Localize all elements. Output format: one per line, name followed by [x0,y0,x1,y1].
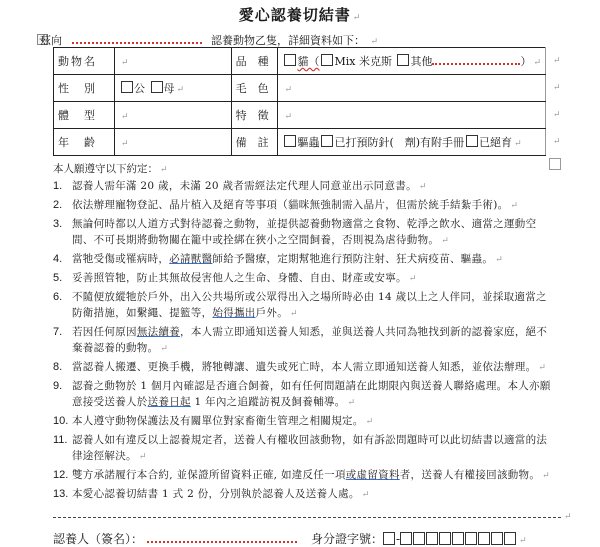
paragraph-mark: ↵ [284,85,292,95]
id-box[interactable] [426,532,438,545]
value-coat-color[interactable]: ↵ [278,75,546,102]
option-other: 其他 [410,55,432,68]
paragraph-mark: ↵ [564,512,572,522]
id-box[interactable] [413,532,425,545]
paragraph-mark: ↵ [409,274,417,284]
checkbox-cat[interactable] [284,54,296,66]
label-sex: 性 別 [54,75,115,102]
value-features[interactable]: ↵ [278,102,546,129]
id-number-label: 身分證字號： [311,532,383,546]
paragraph-mark: ↵ [495,255,503,265]
label-age: 年 齡 [54,129,115,156]
term-number: 8. [53,359,72,376]
option-mix: Mix 米克斯 [334,55,391,68]
paragraph-mark: ↵ [441,236,449,246]
label-text: 毛 色 [236,82,269,95]
term-text: 當認養人搬遷、更換手機，將牠轉讓、遺失或死亡時，本人需立即通知送養人知悉，並依法… [72,359,553,376]
id-box[interactable] [452,532,464,545]
signature-label: 認養人（簽名）： [53,532,143,546]
sender-name-blank[interactable] [72,32,202,44]
checkbox-dewormed[interactable] [284,135,296,147]
grammar-underline: 無法續養 [137,326,180,338]
term-number: 4. [53,251,72,268]
term-number: 5. [53,270,72,287]
document-title: 愛心認養切結書↵ [0,4,600,25]
term-body: 當認養人搬遷、更換手機，將牠轉讓、遺失或死亡時，本人需立即通知送養人知悉，並依法… [72,361,536,373]
term-body: 依法辦理寵物登記、晶片植入及絕育等事項（貓咪無強制需入晶片，但需於統手結紮手術)… [72,199,508,211]
list-item: 10.本人遵守動物保護法及有關單位對家畜衛生管理之相關規定。↵ [53,413,553,430]
list-item: 5.妥善照管牠，防止其無故侵害他人之生命、身體、自由、財產或安寧。↵ [53,270,553,287]
value-breed: 貓（Mix 米克斯 其他）↵ [278,48,546,75]
cut-line-divider [53,517,561,518]
list-item: 13.本愛心認養切結書 1 式 2 份，分別執於認養人及送養人處。↵ [53,486,553,503]
grammar-underline: 必請獸醫 [169,253,212,265]
label-features: 特 徵 [231,102,278,129]
intro-suffix: 認養動物乙隻，詳細資料如下： [211,34,365,47]
id-box[interactable] [465,532,477,545]
list-item: 6.不隨便放縱牠於戶外，出入公共場所或公眾得出入之場所時必由 14 歲以上之人伴… [53,289,553,322]
grammar-underline: 始得攜出 [212,307,255,319]
label-text: 特 徵 [236,109,269,122]
signature-blank[interactable] [147,530,297,543]
option-neutered: 已絕育 [479,136,512,149]
paragraph-mark: ↵ [177,85,185,95]
label-size: 體 型 [54,102,115,129]
paragraph-mark: ↵ [139,452,147,462]
checkbox-other[interactable] [397,54,409,66]
table-row-size-features: 體 型 ↵ 特 徵 ↵ [54,102,546,129]
title-text: 愛心認養切結書 [239,6,351,24]
paragraph-mark: ↵ [419,182,427,192]
option-cat: 貓（ [297,55,319,68]
paragraph-mark: ↵ [121,58,129,68]
label-breed: 品 種 [231,48,278,75]
term-number: 6. [53,289,72,322]
row-end-mark: ↵ [553,83,561,93]
checkbox-neutered[interactable] [466,135,478,147]
value-age[interactable]: ↵ [115,129,232,156]
paragraph-mark: ↵ [366,417,374,427]
paragraph-mark: ↵ [121,139,129,149]
label-text: 備 註 [236,136,269,149]
paragraph-mark: ↵ [121,112,129,122]
term-number: 11. [53,432,72,465]
value-sex: 公 母↵ [115,75,232,102]
term-number: 12. [53,467,72,484]
paragraph-mark: ↵ [353,13,362,23]
paragraph-mark: ↵ [362,490,370,500]
term-number: 2. [53,197,72,214]
intro-prefix: 茲向 [40,34,62,47]
term-number: 1. [53,178,72,195]
label-notes: 備 註 [231,129,278,156]
term-number: 3. [53,216,72,249]
term-body: 妥善照管牠，防止其無故侵害他人之生命、身體、自由、財產或安寧。 [72,272,407,284]
terms-list: 1.認養人需年滿 20 歲，未滿 20 歲者需經法定代理人同意並出示同意書。↵ … [53,178,553,505]
term-body: 若因任何原因 [72,326,137,338]
term-number: 9. [53,378,72,411]
value-size[interactable]: ↵ [115,102,232,129]
paragraph-mark: ↵ [160,165,168,175]
term-text: 無論何時都以人道方式對待認養之動物，並提供認養動物適當之食物、乾淨之飲水、適當之… [72,216,553,249]
label-text: 體 型 [58,107,97,123]
term-body: 1 年內之追蹤訪視及飼養輔導。 [191,396,346,408]
term-body: 無論何時都以人道方式對待認養之動物，並提供認養動物適當之食物、乾淨之飲水、適當之… [72,218,536,246]
term-body: 者，送養人有權接回該動物。 [400,469,540,481]
term-body: 當牠受傷或罹病時， [72,253,169,265]
label-text: 動物名 [58,53,97,69]
term-text: 雙方承諾履行本合約, 並保證所留資料正確, 如違反任一項或虛留資料者，送養人有權… [72,467,553,484]
row-end-mark: ↵ [553,56,561,66]
id-box[interactable] [478,532,490,545]
term-text: 本愛心認養切結書 1 式 2 份，分別執於認養人及送養人處。↵ [72,486,553,503]
term-number: 13. [53,486,72,503]
intro-line: 茲向 認養動物乙隻，詳細資料如下： ↵ [40,32,378,48]
option-male: 公 [134,82,145,95]
close-paren: ） [520,55,531,68]
value-animal-name[interactable]: ↵ [115,48,232,75]
paragraph-mark: ↵ [290,309,298,319]
checkbox-male[interactable] [121,81,133,93]
term-number: 10. [53,413,72,430]
paragraph-mark: ↵ [284,112,292,122]
paragraph-mark: ↵ [510,201,518,211]
term-body: 認養人需年滿 20 歲，未滿 20 歲者需經法定代理人同意並出示同意書。 [72,180,417,192]
checkbox-female[interactable] [151,81,163,93]
term-body: 雙方承諾履行本合約, 並保證所留資料正確, 如違反任一項 [72,469,346,481]
list-item: 4.當牠受傷或罹病時，必請獸醫師給予醫療，定期幫牠進行預防注射、狂犬病疫苗、驅蟲… [53,251,553,268]
term-text: 依法辦理寵物登記、晶片植入及絕育等事項（貓咪無強制需入晶片，但需於統手結紮手術)… [72,197,553,214]
paragraph-mark: ↵ [160,344,168,354]
table-row-sex-color: 性 別 公 母↵ 毛 色 ↵ [54,75,546,102]
term-body: 戶外。 [256,307,288,319]
checkbox-vaccinated[interactable] [321,135,333,147]
paragraph-mark: ↵ [538,363,546,373]
paragraph-mark: ↵ [519,536,527,546]
paragraph-mark: ↵ [533,58,541,68]
table-resize-handle-icon[interactable] [549,158,561,170]
term-text: 本人遵守動物保護法及有關單位對家畜衛生管理之相關規定。↵ [72,413,553,430]
grammar-underline: 送養日起 [148,396,191,408]
term-text: 不隨便放縱牠於戶外，出入公共場所或公眾得出入之場所時必由 14 歲以上之人伴同，… [72,289,553,322]
checkbox-mix[interactable] [321,54,333,66]
list-item: 8.當認養人搬遷、更換手機，將牠轉讓、遺失或死亡時，本人需立即通知送養人知悉，並… [53,359,553,376]
value-notes: 驅蟲已打預防針( 劑)有附手冊已絕育↵ [278,129,546,156]
term-body: 本人遵守動物保護法及有關單位對家畜衛生管理之相關規定。 [72,415,364,427]
id-box[interactable] [383,532,395,545]
term-text: 認養人需年滿 20 歲，未滿 20 歲者需經法定代理人同意並出示同意書。↵ [72,178,553,195]
term-text: 認養之動物於 1 個月內確認是否適合飼養，如有任何問題請在此期限內與送養人聯絡處… [72,378,553,411]
list-item: 12.雙方承諾履行本合約, 並保證所留資料正確, 如違反任一項或虛留資料者，送養… [53,467,553,484]
id-box[interactable] [504,532,516,545]
grammar-underline: 或虛留資料 [346,469,400,481]
label-text: 品 種 [236,55,269,68]
other-breed-blank[interactable] [432,54,520,65]
list-item: 1.認養人需年滿 20 歲，未滿 20 歲者需經法定代理人同意並出示同意書。↵ [53,178,553,195]
label-text: 年 齡 [58,134,97,150]
term-number: 7. [53,324,72,357]
paragraph-mark: ↵ [542,471,550,481]
term-body: 本愛心認養切結書 1 式 2 份，分別執於認養人及送養人處。 [72,488,360,500]
list-item: 7.若因任何原因無法續養，本人需立即通知送養人知悉，並與送養人共同為牠找到新的認… [53,324,553,357]
label-animal-name: 動物名 [54,48,115,75]
agreement-preface: 本人願遵守以下約定：↵ [53,161,168,176]
option-vaccinated: 已打預防針( 劑)有附手冊 [334,136,464,149]
list-item: 3.無論何時都以人道方式對待認養之動物，並提供認養動物適當之食物、乾淨之飲水、適… [53,216,553,249]
paragraph-mark: ↵ [371,37,379,47]
paragraph-mark: ↵ [514,139,522,149]
id-box[interactable] [491,532,503,545]
signature-row: 認養人（簽名）：身分證字號：-↵ [53,530,527,547]
term-text: 認養人如有違反以上認養規定者，送養人有權收回該動物，如有訴訟問題時可以此切結書以… [72,432,553,465]
row-end-mark: ↵ [553,110,561,120]
table-row-age-notes: 年 齡 ↵ 備 註 驅蟲已打預防針( 劑)有附手冊已絕育↵ [54,129,546,156]
list-item: 11.認養人如有違反以上認養規定者，送養人有權收回該動物，如有訴訟問題時可以此切… [53,432,553,465]
term-body: 不隨便放縱牠於戶外，出入公共場所或公眾得出入之場所時必由 14 歲以上之人伴同，… [72,291,547,319]
table-row-name-breed: 動物名 ↵ 品 種 貓（Mix 米克斯 其他）↵ [54,48,546,75]
term-text: 若因任何原因無法續養，本人需立即通知送養人知悉，並與送養人共同為牠找到新的認養家… [72,324,553,357]
option-female: 母 [164,82,175,95]
label-text: 性 別 [58,80,97,96]
list-item: 2.依法辦理寵物登記、晶片植入及絕育等事項（貓咪無強制需入晶片，但需於統手結紮手… [53,197,553,214]
term-body: 師給予醫療，定期幫牠進行預防注射、狂犬病疫苗、驅蟲。 [212,253,493,265]
id-box[interactable] [439,532,451,545]
id-box[interactable] [400,532,412,545]
row-end-mark: ↵ [553,137,561,147]
label-coat-color: 毛 色 [231,75,278,102]
term-text: 當牠受傷或罹病時，必請獸醫師給予醫療，定期幫牠進行預防注射、狂犬病疫苗、驅蟲。↵ [72,251,553,268]
option-dewormed: 驅蟲 [297,136,319,149]
preface-text: 本人願遵守以下約定： [53,163,158,175]
list-item: 9.認養之動物於 1 個月內確認是否適合飼養，如有任何問題請在此期限內與送養人聯… [53,378,553,411]
term-text: 妥善照管牠，防止其無故侵害他人之生命、身體、自由、財產或安寧。↵ [72,270,553,287]
paragraph-mark: ↵ [347,398,355,408]
animal-info-table: 動物名 ↵ 品 種 貓（Mix 米克斯 其他）↵ 性 別 公 母↵ 毛 色 ↵ … [53,47,546,156]
